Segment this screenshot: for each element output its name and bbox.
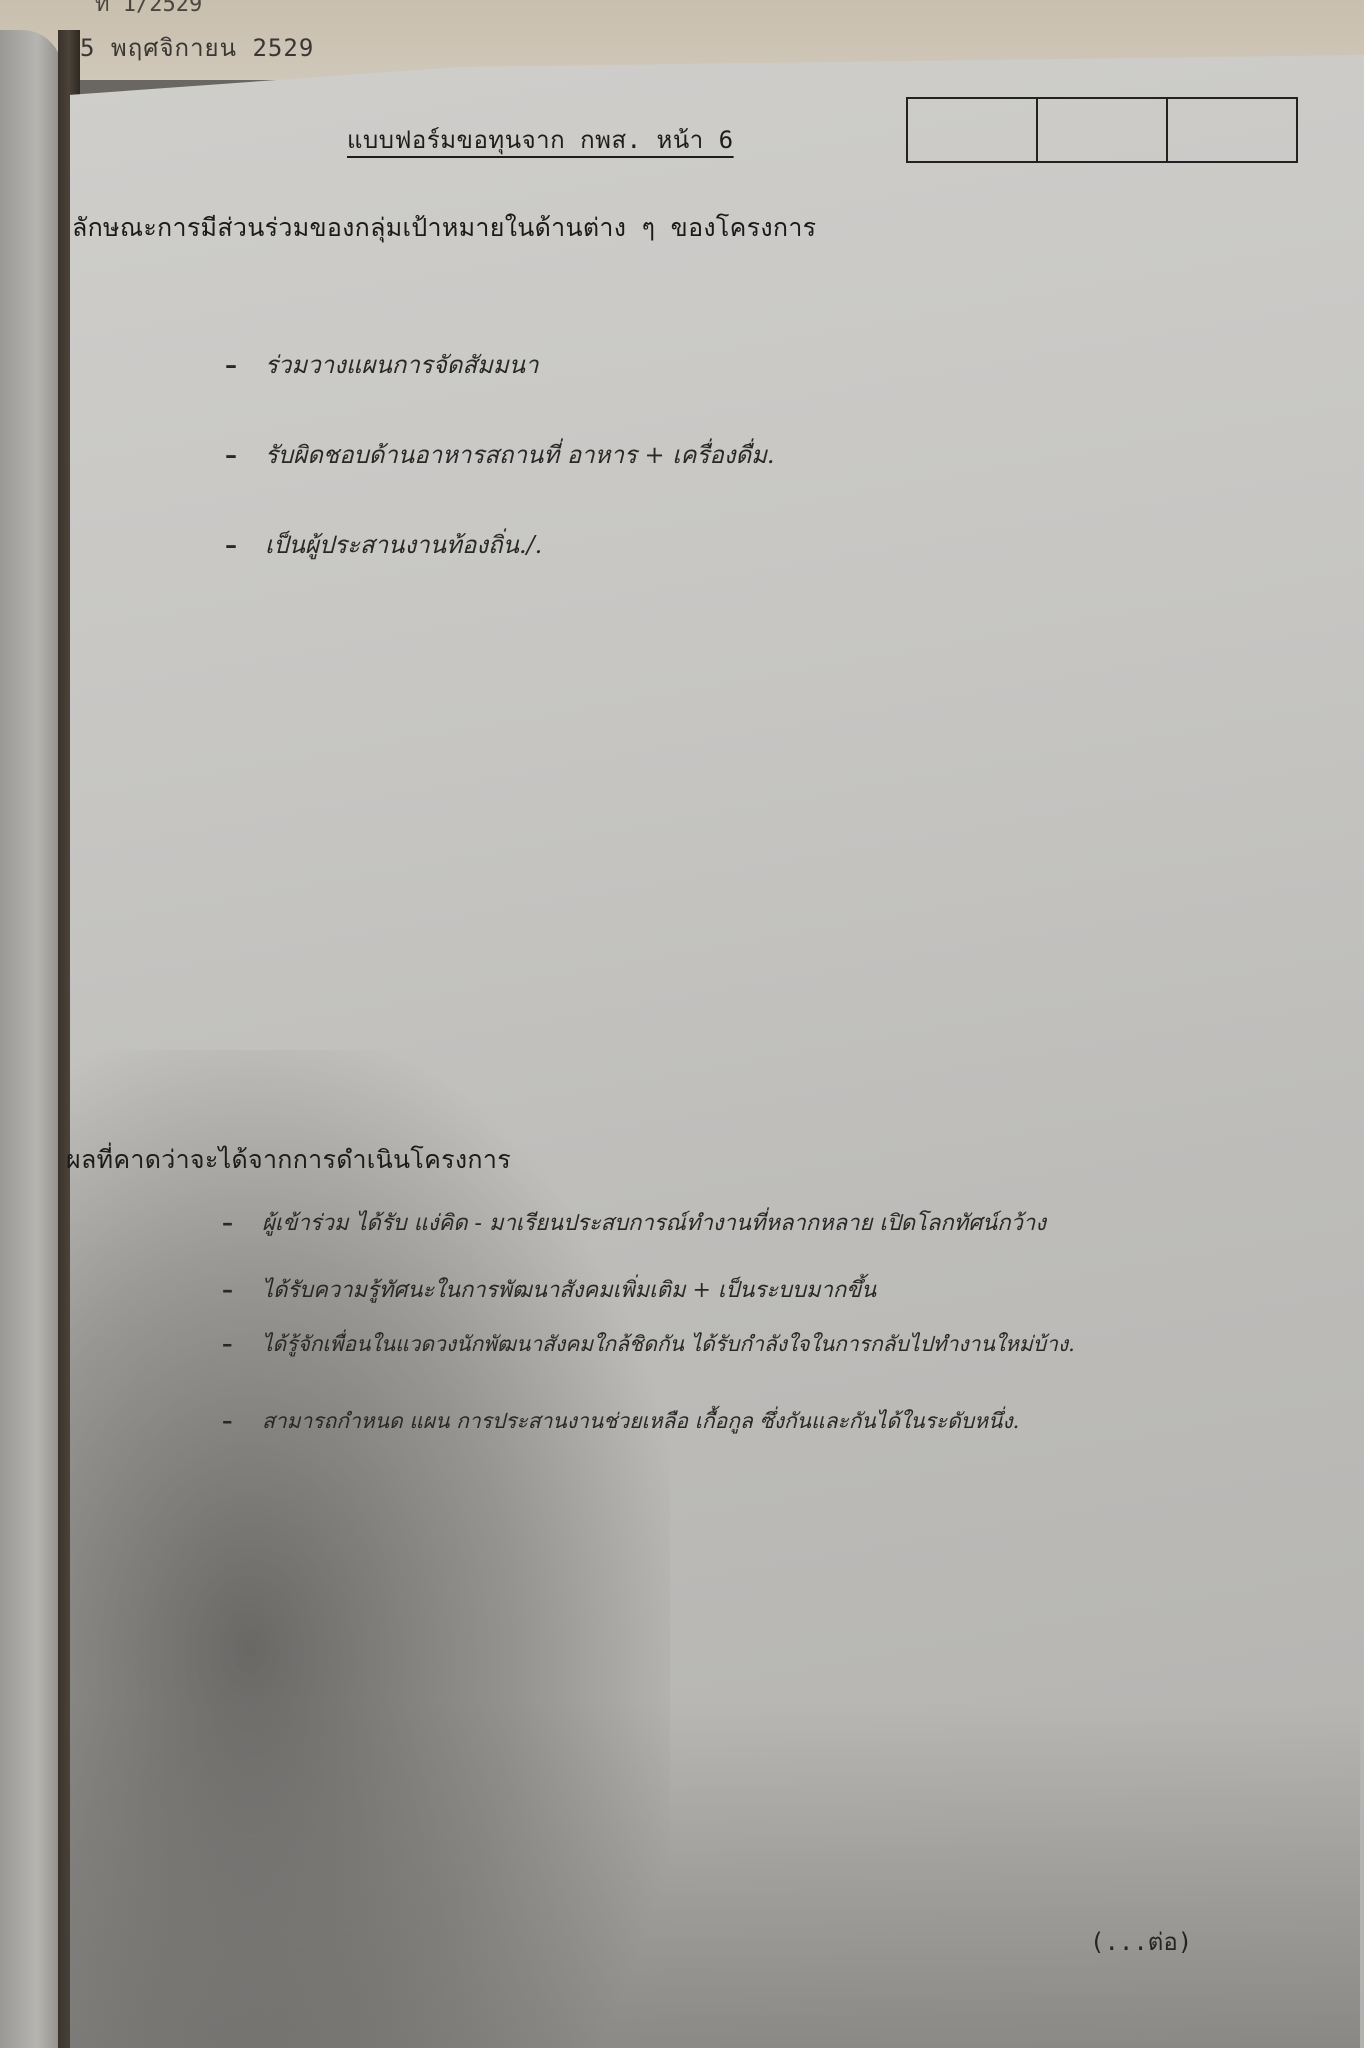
result-item-text: ได้รับความรู้ทัศนะในการพัฒนาสังคมเพิ่มเต… xyxy=(262,1278,876,1303)
bullet-dash: – xyxy=(225,530,265,559)
section-heading-expected-results: ผลที่คาดว่าจะได้จากการดำเนินโครงการ xyxy=(66,1140,511,1180)
underlying-page-reference: ที่ 1/2529 xyxy=(95,0,202,21)
bullet-dash: – xyxy=(222,1277,262,1303)
participation-item: –ร่วมวางแผนการจัดสัมมนา xyxy=(225,345,539,384)
participation-item-text: ร่วมวางแผนการจัดสัมมนา xyxy=(265,351,539,379)
result-item-text: ได้รู้จักเพื่อนในแวดวงนักพัฒนาสังคมใกล้ช… xyxy=(262,1332,1075,1356)
bullet-dash: – xyxy=(225,440,265,469)
form-title: แบบฟอร์มขอทุนจาก กพส. หน้า 6 xyxy=(347,120,734,159)
code-box-3 xyxy=(1168,99,1296,161)
result-item: –ผู้เข้าร่วม ได้รับ แง่คิด - มาเรียนประส… xyxy=(222,1205,1046,1240)
participation-item-text: รับผิดชอบด้านอาหารสถานที่ อาหาร + เครื่อ… xyxy=(265,441,775,469)
continued-marker: (...ต่อ) xyxy=(1090,1922,1192,1961)
participation-item: –รับผิดชอบด้านอาหารสถานที่ อาหาร + เครื่… xyxy=(225,435,775,474)
bullet-dash: – xyxy=(222,1408,262,1433)
participation-item: –เป็นผู้ประสานงานท้องถิ่น./. xyxy=(225,525,542,564)
section-heading-participation: ลักษณะการมีส่วนร่วมของกลุ่มเป้าหมายในด้า… xyxy=(72,208,816,248)
result-item-text: สามารถกำหนด แผน การประสานงานช่วยเหลือ เก… xyxy=(262,1409,1019,1433)
bullet-dash: – xyxy=(222,1331,262,1356)
result-item: –ได้รับความรู้ทัศนะในการพัฒนาสังคมเพิ่มเ… xyxy=(222,1272,876,1307)
bullet-dash: – xyxy=(222,1210,262,1236)
result-item: –สามารถกำหนด แผน การประสานงานช่วยเหลือ เ… xyxy=(222,1405,1019,1438)
underlying-page-date: 5 พฤศจิกายน 2529 xyxy=(80,28,314,67)
form-code-boxes xyxy=(906,97,1298,163)
result-item-text: ผู้เข้าร่วม ได้รับ แง่คิด - มาเรียนประสบ… xyxy=(262,1211,1046,1236)
bullet-dash: – xyxy=(225,350,265,379)
result-item: –ได้รู้จักเพื่อนในแวดวงนักพัฒนาสังคมใกล้… xyxy=(222,1328,1075,1361)
code-box-2 xyxy=(1038,99,1168,161)
left-page-edge xyxy=(0,30,62,2048)
code-box-1 xyxy=(908,99,1038,161)
participation-item-text: เป็นผู้ประสานงานท้องถิ่น./. xyxy=(265,531,542,559)
